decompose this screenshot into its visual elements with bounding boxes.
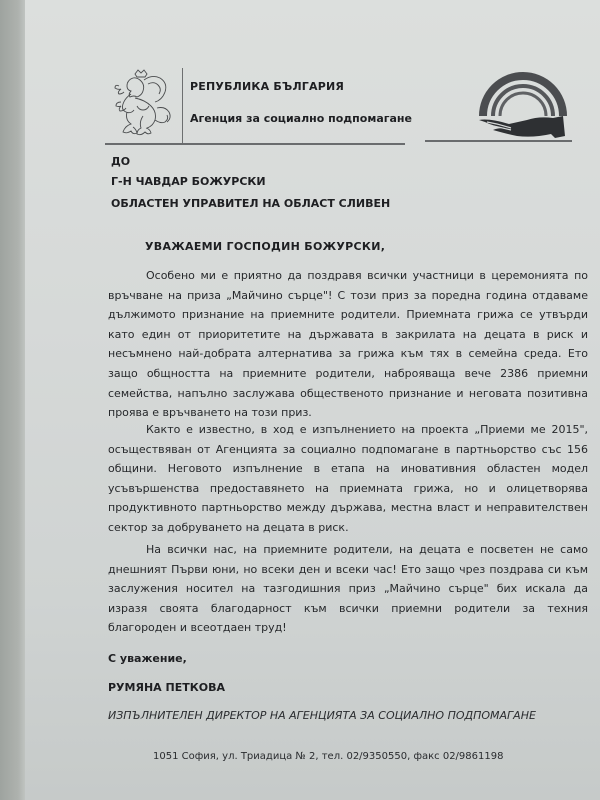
letter-page: РЕПУБЛИКА БЪЛГАРИЯ Агенция за социално п…: [25, 0, 600, 800]
addressee-name: Г-Н ЧАВДАР БОЖУРСКИ: [111, 175, 266, 188]
agency-logo-rainbow-hand-icon: [473, 60, 575, 140]
salutation: УВАЖАЕМИ ГОСПОДИН БОЖУРСКИ,: [145, 240, 385, 253]
body-paragraph-1: Особено ми е приятно да поздравя всички …: [108, 266, 588, 423]
letterhead-rule-left: [105, 143, 405, 145]
page-edge-shadow: [0, 0, 26, 800]
body-paragraph-3: На всички нас, на приемните родители, на…: [108, 540, 588, 638]
agency-name: Агенция за социално подпомагане: [190, 112, 412, 125]
signer-title: ИЗПЪЛНИТЕЛЕН ДИРЕКТОР НА АГЕНЦИЯТА ЗА СО…: [108, 709, 536, 722]
addressee-role: ОБЛАСТЕН УПРАВИТЕЛ НА ОБЛАСТ СЛИВЕН: [111, 197, 390, 210]
body-paragraph-2: Както е известно, в ход е изпълнението н…: [108, 420, 588, 538]
letterhead-rule-right: [425, 140, 572, 142]
republic-heading: РЕПУБЛИКА БЪЛГАРИЯ: [190, 80, 344, 93]
signer-name: РУМЯНА ПЕТКОВА: [108, 681, 225, 694]
footer-address: 1051 София, ул. Триадица № 2, тел. 02/93…: [153, 751, 503, 762]
closing-phrase: С уважение,: [108, 652, 187, 665]
letterhead-divider: [182, 68, 183, 144]
coat-of-arms-lion-icon: [113, 68, 175, 140]
addressee-to: ДО: [111, 155, 130, 168]
